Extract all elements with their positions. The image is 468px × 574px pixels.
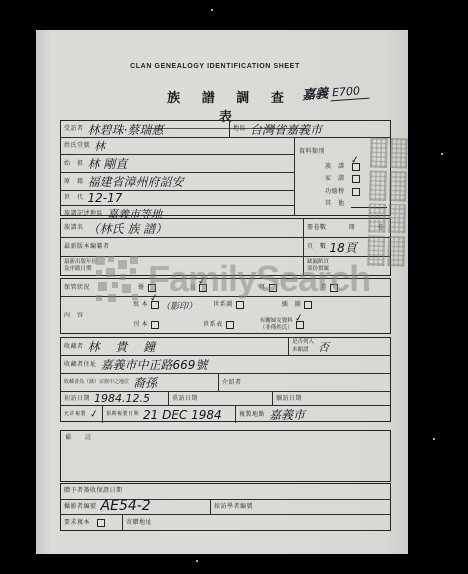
area-label: 地區 (233, 126, 246, 132)
content-line-2: 刊 本 世系表 有關婦女資料 （非僅姓氏） ✓ (130, 318, 390, 332)
surname-value: 林 (94, 138, 105, 154)
good-checkbox: ✓ (199, 284, 207, 292)
copy-place-label: 複製地點 (239, 412, 265, 418)
condition-option-good: 良 ✓ (190, 284, 208, 292)
holder-address-label: 收藏者住址 (64, 362, 97, 368)
condition-label: 保管狀況 (64, 285, 130, 291)
condition-option-fair: 可 (259, 284, 277, 292)
send-address-cell: 寄贈地址 (123, 515, 390, 530)
first-visit-value: 1984.12.5 (94, 392, 150, 405)
women-data-label: 有關婦女資料 （非僅姓氏） (260, 318, 293, 332)
category-option-clan-genealogy: 族 譜 ✓ (325, 163, 390, 171)
content-label: 內 容 (61, 313, 130, 319)
donation-date-cell: 贈予者簽收保證日期 (61, 484, 390, 499)
donation-date-label: 贈予者簽收保證日期 (64, 488, 123, 494)
copy-date-cell: 預期複製日期 21 DEC 1984 (103, 406, 236, 423)
condition-row: 保管狀況 優 良 ✓ 可 差 (61, 279, 390, 297)
photographer-value: AE54-2 (101, 498, 151, 514)
clan-genealogy-checkbox: ✓ (352, 163, 360, 171)
volume-info-table: 族譜名 （林氏 族 譜） 冊卷數 冊 卷 最新版本編纂者 頁 數 18頁 (60, 218, 391, 276)
region-code-handwriting: E700 (330, 84, 370, 102)
scan-noise-dot (433, 438, 435, 440)
scan-noise-dot (196, 560, 198, 562)
holder-address-value: 嘉義市中正路669號 (101, 356, 208, 373)
missing-pages-cell: 缺漏紙頁 部份損壞 (303, 257, 390, 275)
illustrations-checkbox (304, 301, 312, 309)
manuscript-item: 寫 本 ✓ （影印） (133, 299, 197, 312)
lineage-chart-item: 世系圖 (213, 301, 244, 309)
data-category-label: 資料類別 (299, 149, 325, 155)
condition-option-poor: 差 (321, 284, 339, 292)
clan-fields: 姓氏堂號 林 始 祖 林 剛直 原 籍 福建省漳州府詔安 世 代 12-17 (61, 138, 295, 216)
coverage-label: 族譜記述地區 (64, 211, 103, 217)
copy-request-cell: 要求複本 (61, 515, 123, 530)
lineage-chart-checkbox (236, 301, 244, 309)
genealogy-title-value: （林氏 族 譜） (88, 220, 168, 237)
pages-value: 18頁 (330, 239, 357, 256)
copy-date-value: 21 DEC 1984 (143, 408, 222, 422)
revisit-label: 重訪日期 (172, 396, 198, 402)
content-line-1: 寫 本 ✓ （影印） 世系圖 插 圖 (130, 299, 390, 312)
photographer-row: 攝影者編號 AE54-2 採訪學者編號 (61, 500, 390, 516)
holder-value: 林 貴 鐘 (88, 338, 162, 355)
publication-row: 最新出版年份 及序跋日期 缺漏紙頁 部份損壞 (61, 257, 390, 275)
remarks-label: 備 註 (65, 435, 95, 441)
interviewer-label: 採訪學者編號 (214, 504, 253, 510)
copy-permission-row: 允許複製 ✓ 預期複製日期 21 DEC 1984 複製地點 嘉義市 (61, 406, 390, 423)
holder-position-cell: 收藏者為（該）宗族中之地位 裔孫 (61, 374, 219, 391)
copy-permission-cell: 允許複製 ✓ (61, 406, 103, 423)
printed-checkbox (151, 321, 159, 329)
category-option-merit-record: 功德榜 (325, 188, 390, 196)
listed-label: 是否列入 本縮譜 (292, 339, 314, 353)
editor-row: 最新版本編纂者 頁 數 18頁 (61, 238, 390, 257)
holder-position-label: 收藏者為（該）宗族中之地位 (64, 379, 129, 386)
poor-checkbox (330, 284, 338, 292)
copy-date-label: 預期複製日期 (106, 412, 139, 417)
first-visit-cell: 初訪日期 1984.12.5 (61, 392, 169, 405)
pages-cell: 頁 數 18頁 (303, 238, 390, 256)
category-option-family-genealogy: 家 譜 (325, 175, 390, 183)
content-row: 內 容 寫 本 ✓ （影印） 世系圖 插 圖 (61, 297, 390, 334)
condition-option-excellent: 優 (138, 284, 156, 292)
region-annotation: 嘉義 E700 (301, 80, 369, 104)
region-name-handwriting: 嘉義 (301, 83, 328, 104)
merit-record-checkbox (352, 188, 360, 196)
copy-request-row: 要求複本 寄贈地址 (61, 515, 390, 530)
women-data-checkbox: ✓ (296, 321, 304, 329)
condition-table: 保管狀況 優 良 ✓ 可 差 內 容 (60, 278, 391, 334)
followup-visit-cell: 續訪日期 (273, 392, 390, 405)
copy-request-label: 要求複本 (64, 520, 90, 526)
genealogy-title-label: 族譜名 (64, 225, 84, 231)
manuscript-checkbox: ✓ (151, 301, 159, 309)
genealogy-title-row: 族譜名 （林氏 族 譜） 冊卷數 冊 卷 (61, 219, 390, 238)
holder-label: 收藏者 (64, 344, 84, 350)
volumes-unit-juan: 卷 (377, 225, 384, 231)
interviewee-value: 林碧珠·蔡瑞惠 (88, 121, 164, 138)
listed-value: 否 (318, 339, 329, 355)
volumes-unit-ce: 冊 (349, 225, 356, 231)
scan-noise-dot (211, 9, 213, 11)
volumes-cell: 冊卷數 冊 卷 (303, 219, 390, 237)
scanned-document-background: CLAN GENEALOGY IDENTIFICATION SHEET 族 譜 … (0, 0, 468, 574)
origin-label: 原 籍 (64, 179, 84, 185)
holder-info-table: 收藏者 林 貴 鐘 是否列入 本縮譜 否 收藏者住址 嘉義市中正路669號 (60, 337, 391, 422)
holder-cell: 收藏者 林 貴 鐘 (61, 338, 289, 355)
origin-row: 原 籍 福建省漳州府詔安 (61, 173, 294, 191)
area-cell: 地區 台灣省嘉義市 (229, 121, 390, 137)
family-genealogy-checkbox (352, 175, 360, 183)
fair-checkbox (269, 284, 277, 292)
volumes-label: 冊卷數 (307, 225, 327, 231)
publication-date-cell: 最新出版年份 及序跋日期 (61, 257, 303, 275)
other-blank-line (351, 200, 387, 208)
holder-position-value: 裔孫 (133, 374, 157, 391)
revisit-cell: 重訪日期 (169, 392, 273, 405)
visit-dates-row: 初訪日期 1984.12.5 重訪日期 續訪日期 (61, 392, 390, 406)
data-category-cell: 資料類別 族 譜 ✓ 家 譜 功德榜 其 他 (295, 138, 390, 216)
holder-address-cell: 收藏者住址 嘉義市中正路669號 (61, 356, 390, 373)
photographer-cell: 攝影者編號 AE54-2 (61, 500, 211, 515)
generations-label: 世 代 (64, 195, 84, 201)
genealogy-form-page: CLAN GENEALOGY IDENTIFICATION SHEET 族 譜 … (36, 30, 408, 554)
founder-label: 始 祖 (64, 161, 84, 167)
copy-permission-mark: ✓ (89, 409, 99, 420)
genealogy-title-cell: 族譜名 （林氏 族 譜） (61, 219, 303, 237)
scan-noise-dot (441, 153, 443, 155)
generations-value: 12-17 (88, 191, 123, 205)
lineage-table-checkbox (226, 321, 234, 329)
publication-date-label: 最新出版年份 及序跋日期 (64, 259, 97, 273)
interviewee-label: 受訪者 (64, 126, 84, 132)
introducer-cell: 介紹者 (219, 374, 390, 391)
copy-place-value: 嘉義市 (269, 406, 305, 423)
area-value: 台灣省嘉義市 (250, 121, 322, 138)
interviewee-cell: 受訪者 林碧珠·蔡瑞惠 (61, 121, 229, 137)
printed-item: 刊 本 (133, 321, 159, 329)
introducer-label: 介紹者 (222, 380, 242, 386)
founder-row: 始 祖 林 剛直 (61, 155, 294, 173)
followup-visit-label: 續訪日期 (276, 396, 302, 402)
editor-label: 最新版本編纂者 (64, 244, 110, 250)
interviewee-row: 受訪者 林碧珠·蔡瑞惠 地區 台灣省嘉義市 (61, 121, 390, 138)
generations-row: 世 代 12-17 (61, 191, 294, 206)
surname-row: 姓氏堂號 林 (61, 138, 294, 155)
manuscript-note: （影印） (161, 299, 197, 312)
listed-cell: 是否列入 本縮譜 否 (289, 338, 390, 355)
lineage-table-item: 世系表 (203, 321, 234, 329)
holder-position-row: 收藏者為（該）宗族中之地位 裔孫 介紹者 (61, 374, 390, 392)
processing-table: 贈予者簽收保證日期 攝影者編號 AE54-2 採訪學者編號 要求複本 寄贈地址 (60, 483, 391, 531)
founder-value: 林 剛直 (88, 155, 128, 172)
category-option-other: 其 他 (325, 200, 390, 208)
pages-label: 頁 數 (307, 244, 327, 250)
excellent-checkbox (148, 284, 156, 292)
sheet-title-english: CLAN GENEALOGY IDENTIFICATION SHEET (36, 63, 394, 70)
illustrations-item: 插 圖 (282, 301, 313, 309)
copy-request-checkbox (97, 519, 105, 527)
copy-place-cell: 複製地點 嘉義市 (236, 406, 390, 423)
editor-cell: 最新版本編纂者 (61, 238, 303, 256)
remarks-box: 備 註 (60, 430, 391, 482)
surname-label: 姓氏堂號 (64, 143, 90, 149)
missing-pages-label: 缺漏紙頁 部份損壞 (307, 259, 329, 273)
holder-address-row: 收藏者住址 嘉義市中正路669號 (61, 356, 390, 374)
photographer-label: 攝影者編號 (64, 504, 97, 510)
interview-info-table: 受訪者 林碧珠·蔡瑞惠 地區 台灣省嘉義市 姓氏堂號 林 始 祖 林 剛直 (60, 120, 391, 216)
checkmark: ✓ (350, 155, 360, 166)
holder-row: 收藏者 林 貴 鐘 是否列入 本縮譜 否 (61, 338, 390, 356)
copy-permission-label: 允許複製 (64, 412, 86, 417)
send-address-label: 寄贈地址 (126, 520, 152, 526)
first-visit-label: 初訪日期 (64, 396, 90, 402)
women-data-item: 有關婦女資料 （非僅姓氏） ✓ (260, 318, 304, 332)
origin-value: 福建省漳州府詔安 (88, 173, 184, 190)
interviewer-cell: 採訪學者編號 (211, 500, 390, 515)
